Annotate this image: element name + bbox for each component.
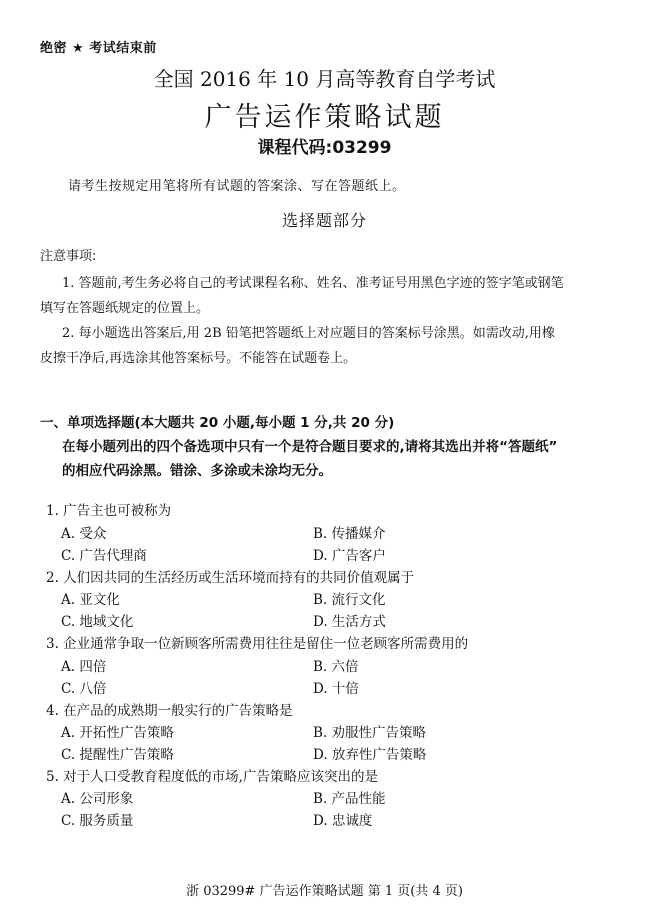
option-a: A. 四倍 [61, 655, 106, 675]
option-b: B. 流行文化 [313, 588, 386, 608]
note-2-line-2: 皮擦干净后,再选涂其他答案标号。不能答在试题卷上。 [40, 347, 356, 366]
exam-title: 全国 2016 年 10 月高等教育自学考试 [0, 63, 649, 92]
option-d: D. 广告客户 [313, 544, 386, 564]
option-d: D. 忠诚度 [313, 809, 372, 829]
section-desc-line-2: 的相应代码涂黑。错涂、多涂或未涂均无分。 [62, 459, 332, 479]
question-stem: 3. 企业通常争取一位新顾客所需费用往往是留住一位老顾客所需费用的 [46, 632, 468, 652]
note-1-line-1: 1. 答题前,考生务必将自己的考试课程名称、姓名、准考证号用黑色字迹的签字笔或钢… [62, 272, 564, 291]
option-c: C. 提醒性广告策略 [61, 743, 174, 763]
option-a: A. 开拓性广告策略 [61, 721, 174, 741]
page-footer: 浙 03299# 广告运作策略试题 第 1 页(共 4 页) [0, 880, 649, 899]
option-a: A. 公司形象 [61, 787, 133, 807]
option-d: D. 十倍 [313, 677, 359, 697]
option-b: B. 六倍 [313, 655, 359, 675]
option-c: C. 地域文化 [61, 610, 133, 630]
question-stem: 4. 在产品的成熟期一般实行的广告策略是 [46, 699, 293, 719]
question-stem: 2. 人们因共同的生活经历或生活环境而持有的共同价值观属于 [46, 566, 414, 586]
question-stem: 1. 广告主也可被称为 [46, 499, 171, 519]
option-c: C. 八倍 [61, 677, 106, 697]
option-d: D. 放弃性广告策略 [313, 743, 426, 763]
section-heading: 一、单项选择题(本大题共 20 小题,每小题 1 分,共 20 分) [40, 411, 394, 431]
option-b: B. 劝服性广告策略 [313, 721, 426, 741]
option-c: C. 广告代理商 [61, 544, 147, 564]
subject-title: 广告运作策略试题 [0, 95, 649, 134]
answer-instruction: 请考生按规定用笔将所有试题的答案涂、写在答题纸上。 [68, 175, 406, 194]
section-desc-line-1: 在每小题列出的四个备选项中只有一个是符合题目要求的,请将其选出并将“答题纸” [62, 435, 557, 455]
option-b: B. 传播媒介 [313, 522, 386, 542]
part-title: 选择题部分 [0, 208, 649, 231]
note-2-line-1: 2. 每小题选出答案后,用 2B 铅笔把答题纸上对应题目的答案标号涂黑。如需改动… [62, 322, 555, 341]
question-stem: 5. 对于人口受教育程度低的市场,广告策略应该突出的是 [46, 765, 378, 785]
notes-heading: 注意事项: [40, 245, 96, 264]
confidential-mark: 绝密 ★ 考试结束前 [40, 37, 157, 56]
option-d: D. 生活方式 [313, 610, 386, 630]
course-code: 课程代码:03299 [0, 133, 649, 158]
option-a: A. 受众 [61, 522, 106, 542]
option-a: A. 亚文化 [61, 588, 120, 608]
option-b: B. 产品性能 [313, 787, 386, 807]
option-c: C. 服务质量 [61, 809, 133, 829]
note-1-line-2: 填写在答题纸规定的位置上。 [40, 297, 209, 316]
